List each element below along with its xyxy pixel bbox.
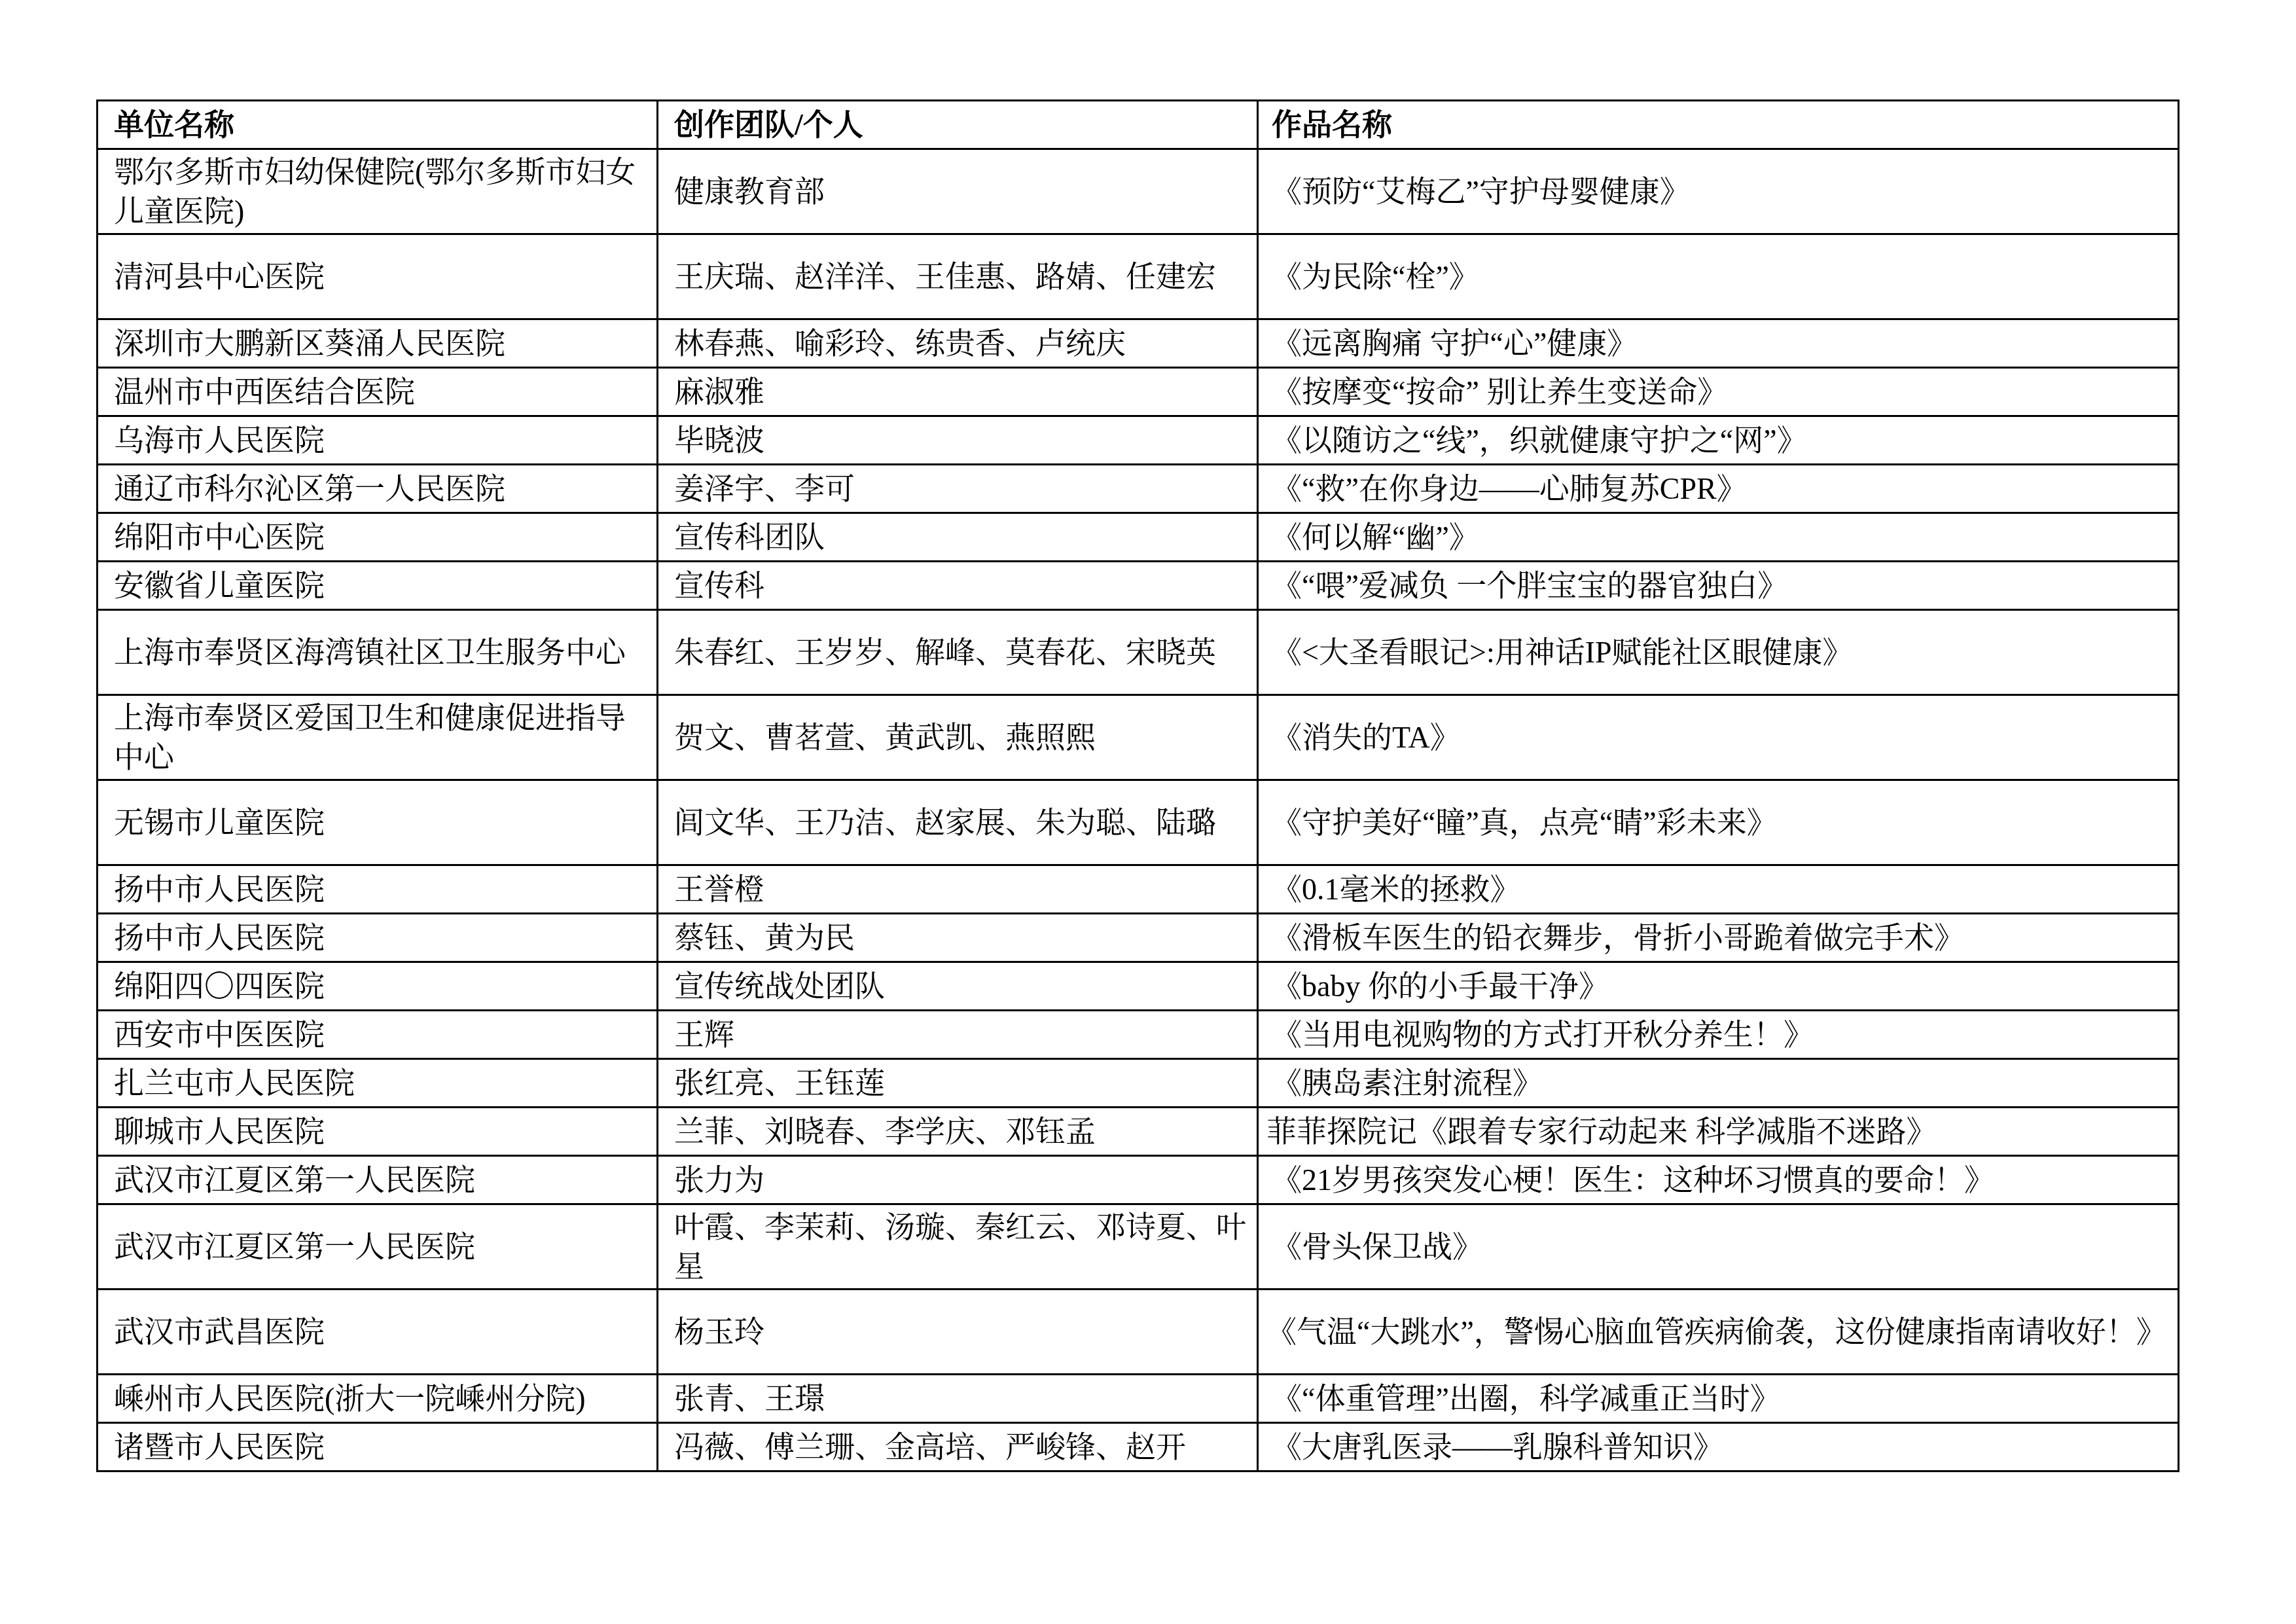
cell-work: 《消失的TA》 (1258, 695, 2179, 780)
cell-team: 姜泽宇、李可 (658, 465, 1258, 513)
cell-team: 宣传科 (658, 562, 1258, 610)
cell-work: 《baby 你的小手最干净》 (1258, 962, 2179, 1011)
cell-work: 《“体重管理”出圈，科学减重正当时》 (1258, 1375, 2179, 1423)
cell-unit: 上海市奉贤区爱国卫生和健康促进指导中心 (98, 695, 658, 780)
table-row: 聊城市人民医院 兰菲、刘晓春、李学庆、邓钰孟 菲菲探院记《跟着专家行动起来 科学… (98, 1108, 2179, 1156)
cell-work: 《气温“大跳水”，警惕心脑血管疾病偷袭，这份健康指南请收好！》 (1258, 1290, 2179, 1375)
cell-work: 《21岁男孩突发心梗！医生：这种坏习惯真的要命！》 (1258, 1156, 2179, 1204)
cell-work: 《“救”在你身边——心肺复苏CPR》 (1258, 465, 2179, 513)
table-row: 上海市奉贤区海湾镇社区卫生服务中心 朱春红、王岁岁、解峰、莫春花、宋晓英 《<大… (98, 610, 2179, 695)
cell-unit: 聊城市人民医院 (98, 1108, 658, 1156)
cell-unit: 嵊州市人民医院(浙大一院嵊州分院) (98, 1375, 658, 1423)
table-row: 武汉市江夏区第一人民医院 张力为 《21岁男孩突发心梗！医生：这种坏习惯真的要命… (98, 1156, 2179, 1204)
header-unit-name: 单位名称 (98, 101, 658, 149)
header-team: 创作团队/个人 (658, 101, 1258, 149)
cell-team: 王誉橙 (658, 865, 1258, 914)
table-row: 西安市中医医院 王辉 《当用电视购物的方式打开秋分养生！》 (98, 1011, 2179, 1059)
cell-unit: 绵阳四〇四医院 (98, 962, 658, 1011)
cell-work: 《远离胸痛 守护“心”健康》 (1258, 319, 2179, 368)
cell-team: 兰菲、刘晓春、李学庆、邓钰孟 (658, 1108, 1258, 1156)
works-table: 单位名称 创作团队/个人 作品名称 鄂尔多斯市妇幼保健院(鄂尔多斯市妇女儿童医院… (96, 99, 2179, 1472)
table-row: 上海市奉贤区爱国卫生和健康促进指导中心 贺文、曹茗萱、黄武凯、燕照熙 《消失的T… (98, 695, 2179, 780)
cell-team: 叶霞、李茉莉、汤璇、秦红云、邓诗夏、叶星 (658, 1204, 1258, 1290)
table-header-row: 单位名称 创作团队/个人 作品名称 (98, 101, 2179, 149)
cell-unit: 深圳市大鹏新区葵涌人民医院 (98, 319, 658, 368)
cell-unit: 上海市奉贤区海湾镇社区卫生服务中心 (98, 610, 658, 695)
cell-team: 贺文、曹茗萱、黄武凯、燕照熙 (658, 695, 1258, 780)
cell-team: 健康教育部 (658, 149, 1258, 234)
cell-unit: 扎兰屯市人民医院 (98, 1059, 658, 1108)
cell-unit: 通辽市科尔沁区第一人民医院 (98, 465, 658, 513)
table-row: 绵阳市中心医院 宣传科团队 《何以解“幽”》 (98, 513, 2179, 562)
cell-work: 《按摩变“按命” 别让养生变送命》 (1258, 368, 2179, 416)
cell-work: 《何以解“幽”》 (1258, 513, 2179, 562)
cell-work: 《0.1毫米的拯救》 (1258, 865, 2179, 914)
table-row: 无锡市儿童医院 闾文华、王乃洁、赵家展、朱为聪、陆璐 《守护美好“瞳”真，点亮“… (98, 780, 2179, 865)
table-row: 安徽省儿童医院 宣传科 《“喂”爱减负 一个胖宝宝的器官独白》 (98, 562, 2179, 610)
cell-unit: 温州市中西医结合医院 (98, 368, 658, 416)
cell-work: 《“喂”爱减负 一个胖宝宝的器官独白》 (1258, 562, 2179, 610)
cell-unit: 扬中市人民医院 (98, 914, 658, 962)
cell-team: 朱春红、王岁岁、解峰、莫春花、宋晓英 (658, 610, 1258, 695)
cell-unit: 武汉市江夏区第一人民医院 (98, 1204, 658, 1290)
cell-work: 《<大圣看眼记>:用神话IP赋能社区眼健康》 (1258, 610, 2179, 695)
cell-team: 冯薇、傅兰珊、金高培、严峻锋、赵开 (658, 1423, 1258, 1471)
table-row: 清河县中心医院 王庆瑞、赵洋洋、王佳惠、路婧、任建宏 《为民除“栓”》 (98, 234, 2179, 319)
table-row: 深圳市大鹏新区葵涌人民医院 林春燕、喻彩玲、练贵香、卢统庆 《远离胸痛 守护“心… (98, 319, 2179, 368)
cell-work: 《当用电视购物的方式打开秋分养生！》 (1258, 1011, 2179, 1059)
cell-unit: 诸暨市人民医院 (98, 1423, 658, 1471)
table-row: 扬中市人民医院 蔡钰、黄为民 《滑板车医生的铅衣舞步，骨折小哥跪着做完手术》 (98, 914, 2179, 962)
document-page: 单位名称 创作团队/个人 作品名称 鄂尔多斯市妇幼保健院(鄂尔多斯市妇女儿童医院… (96, 99, 2178, 1472)
cell-work: 菲菲探院记《跟着专家行动起来 科学减脂不迷路》 (1258, 1108, 2179, 1156)
table-row: 通辽市科尔沁区第一人民医院 姜泽宇、李可 《“救”在你身边——心肺复苏CPR》 (98, 465, 2179, 513)
cell-unit: 武汉市江夏区第一人民医院 (98, 1156, 658, 1204)
cell-team: 张红亮、王钰莲 (658, 1059, 1258, 1108)
cell-team: 蔡钰、黄为民 (658, 914, 1258, 962)
cell-team: 杨玉玲 (658, 1290, 1258, 1375)
cell-work: 《以随访之“线”，织就健康守护之“网”》 (1258, 416, 2179, 465)
table-row: 诸暨市人民医院 冯薇、傅兰珊、金高培、严峻锋、赵开 《大唐乳医录——乳腺科普知识… (98, 1423, 2179, 1471)
cell-work: 《胰岛素注射流程》 (1258, 1059, 2179, 1108)
cell-unit: 绵阳市中心医院 (98, 513, 658, 562)
table-row: 绵阳四〇四医院 宣传统战处团队 《baby 你的小手最干净》 (98, 962, 2179, 1011)
cell-team: 王庆瑞、赵洋洋、王佳惠、路婧、任建宏 (658, 234, 1258, 319)
cell-team: 毕晓波 (658, 416, 1258, 465)
cell-team: 王辉 (658, 1011, 1258, 1059)
cell-work: 《守护美好“瞳”真，点亮“睛”彩未来》 (1258, 780, 2179, 865)
cell-unit: 西安市中医医院 (98, 1011, 658, 1059)
table-row: 武汉市江夏区第一人民医院 叶霞、李茉莉、汤璇、秦红云、邓诗夏、叶星 《骨头保卫战… (98, 1204, 2179, 1290)
cell-unit: 扬中市人民医院 (98, 865, 658, 914)
cell-work: 《为民除“栓”》 (1258, 234, 2179, 319)
table-body: 鄂尔多斯市妇幼保健院(鄂尔多斯市妇女儿童医院) 健康教育部 《预防“艾梅乙”守护… (98, 149, 2179, 1471)
cell-team: 张力为 (658, 1156, 1258, 1204)
table-row: 鄂尔多斯市妇幼保健院(鄂尔多斯市妇女儿童医院) 健康教育部 《预防“艾梅乙”守护… (98, 149, 2179, 234)
cell-team: 闾文华、王乃洁、赵家展、朱为聪、陆璐 (658, 780, 1258, 865)
table-row: 扎兰屯市人民医院 张红亮、王钰莲 《胰岛素注射流程》 (98, 1059, 2179, 1108)
cell-team: 张青、王璟 (658, 1375, 1258, 1423)
cell-team: 宣传统战处团队 (658, 962, 1258, 1011)
cell-unit: 武汉市武昌医院 (98, 1290, 658, 1375)
cell-work: 《大唐乳医录——乳腺科普知识》 (1258, 1423, 2179, 1471)
header-work-title: 作品名称 (1258, 101, 2179, 149)
cell-unit: 鄂尔多斯市妇幼保健院(鄂尔多斯市妇女儿童医院) (98, 149, 658, 234)
table-row: 嵊州市人民医院(浙大一院嵊州分院) 张青、王璟 《“体重管理”出圈，科学减重正当… (98, 1375, 2179, 1423)
cell-work: 《预防“艾梅乙”守护母婴健康》 (1258, 149, 2179, 234)
cell-unit: 乌海市人民医院 (98, 416, 658, 465)
table-row: 乌海市人民医院 毕晓波 《以随访之“线”，织就健康守护之“网”》 (98, 416, 2179, 465)
table-row: 温州市中西医结合医院 麻淑雅 《按摩变“按命” 别让养生变送命》 (98, 368, 2179, 416)
table-row: 武汉市武昌医院 杨玉玲 《气温“大跳水”，警惕心脑血管疾病偷袭，这份健康指南请收… (98, 1290, 2179, 1375)
cell-team: 林春燕、喻彩玲、练贵香、卢统庆 (658, 319, 1258, 368)
cell-unit: 清河县中心医院 (98, 234, 658, 319)
cell-unit: 安徽省儿童医院 (98, 562, 658, 610)
cell-unit: 无锡市儿童医院 (98, 780, 658, 865)
cell-work: 《滑板车医生的铅衣舞步，骨折小哥跪着做完手术》 (1258, 914, 2179, 962)
cell-team: 麻淑雅 (658, 368, 1258, 416)
table-row: 扬中市人民医院 王誉橙 《0.1毫米的拯救》 (98, 865, 2179, 914)
cell-team: 宣传科团队 (658, 513, 1258, 562)
cell-work: 《骨头保卫战》 (1258, 1204, 2179, 1290)
